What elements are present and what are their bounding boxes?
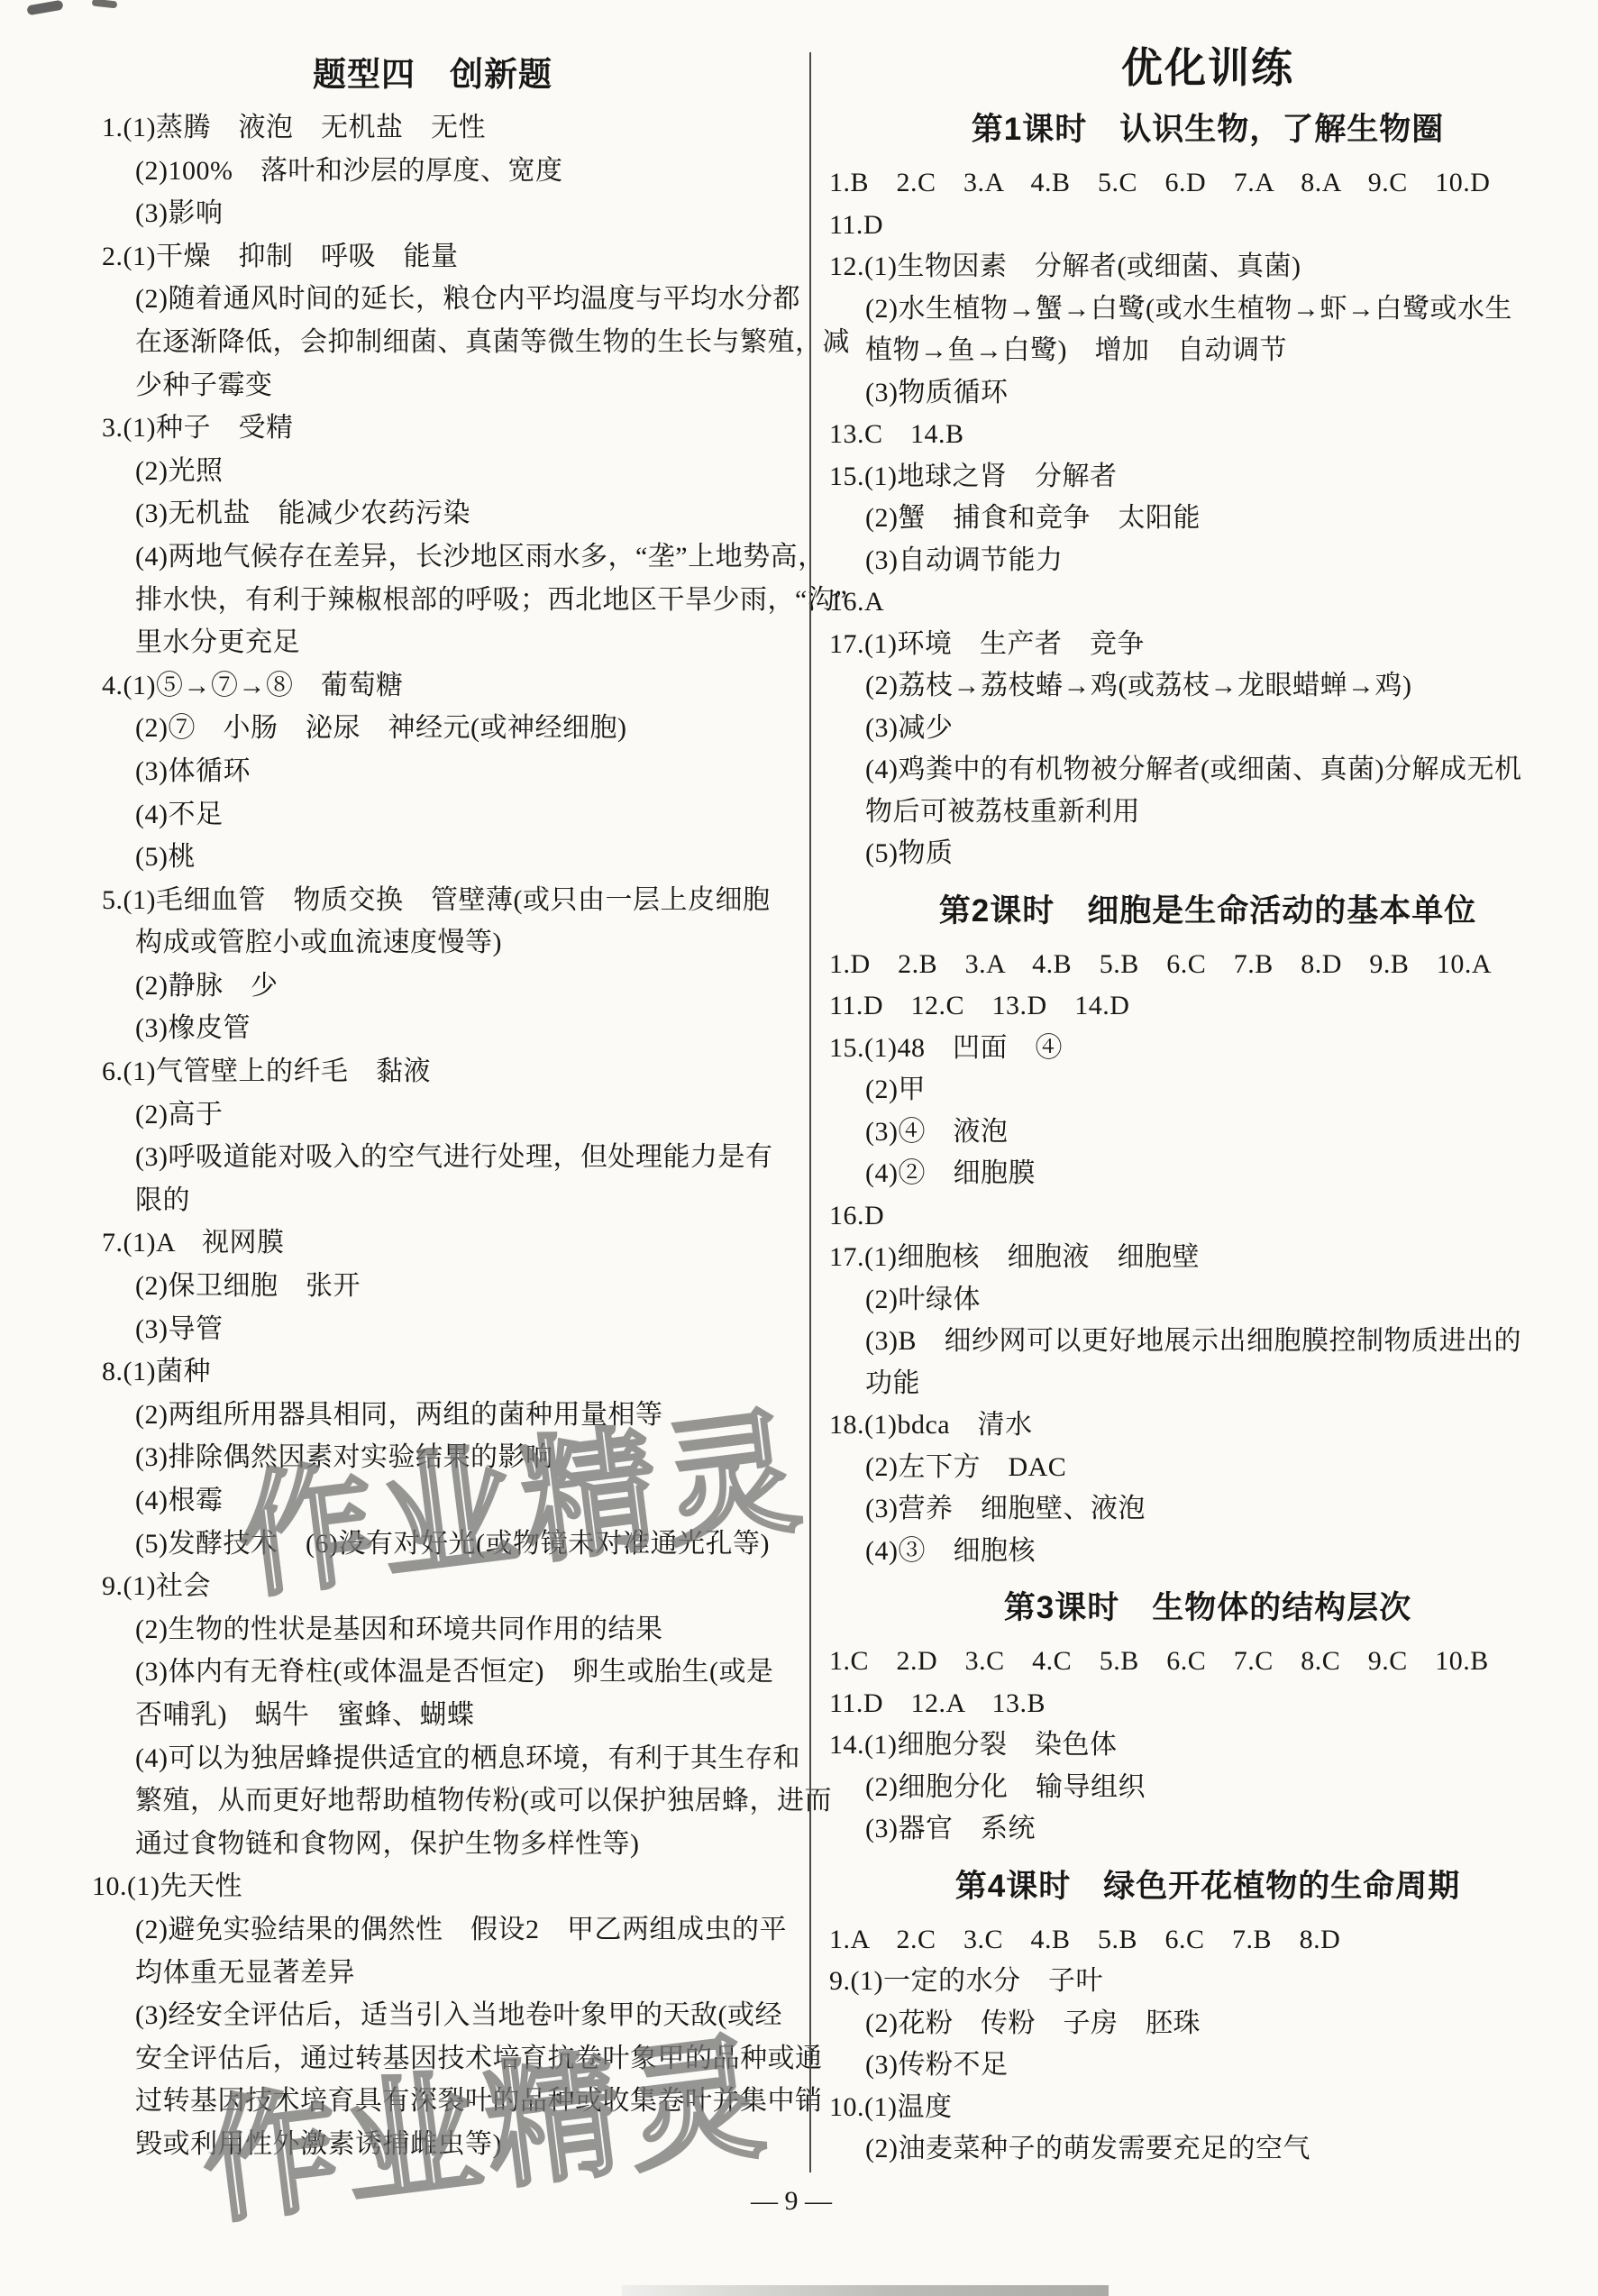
answer-line: 1.(1)蒸腾 液泡 无机盐 无性 — [72, 106, 793, 150]
section-heading: 第2课时 细胞是生命活动的基本单位 — [829, 888, 1586, 935]
answer-line: (4)③ 细胞核 — [829, 1531, 1586, 1573]
answer-line: (4)两地气候存在差异，长沙地区雨水多，“垄”上地势高， — [72, 535, 793, 579]
answer-line: 9.(1)社会 — [72, 1565, 793, 1608]
answer-line: 18.(1)bdca 清水 — [829, 1404, 1586, 1447]
answer-line: (3)影响 — [72, 192, 793, 235]
answer-line: (4)② 细胞膜 — [829, 1153, 1586, 1195]
answer-line: (2)静脉 少 — [72, 965, 793, 1008]
answer-line: 10.(1)先天性 — [72, 1865, 793, 1908]
answer-line: (2)油麦菜种子的萌发需要充足的空气 — [829, 2128, 1586, 2171]
answer-line: 17.(1)细胞核 细胞液 细胞壁 — [829, 1237, 1586, 1279]
answer-line: 1.A 2.C 3.C 4.B 5.B 6.C 7.B 8.D — [829, 1919, 1586, 1962]
answer-line: 16.A — [829, 581, 1586, 624]
left-column: 题型四 创新题 1.(1)蒸腾 液泡 无机盐 无性(2)100% 落叶和沙层的厚… — [72, 52, 793, 2166]
answer-line: (2)蟹 捕食和竞争 太阳能 — [829, 498, 1586, 540]
answer-line: (2)⑦ 小肠 泌尿 神经元(或神经细胞) — [72, 707, 793, 750]
answer-line: 15.(1)地球之肾 分解者 — [829, 456, 1586, 499]
answer-line: (3)自动调节能力 — [829, 540, 1586, 582]
answer-line: 物后可被荔枝重新利用 — [829, 791, 1586, 834]
answer-line: (3)无机盐 能减少农药污染 — [72, 492, 793, 535]
answer-line: 安全评估后，通过转基因技术培育抗卷叶象甲的品种或通 — [72, 2037, 793, 2081]
answer-line: 2.(1)干燥 抑制 呼吸 能量 — [72, 235, 793, 279]
answer-line: (5)物质 — [829, 833, 1586, 875]
answer-line: (2)细胞分化 输导组织 — [829, 1767, 1586, 1809]
main-title: 优化训练 — [829, 41, 1586, 94]
answer-line: 排水快，有利于辣椒根部的呼吸；西北地区干旱少雨，“沟” — [72, 579, 793, 622]
answer-line: (2)避免实验结果的偶然性 假设2 甲乙两组成虫的平 — [72, 1908, 793, 1952]
answer-line: (2)随着通风时间的延长，粮仓内平均温度与平均水分都 — [72, 278, 793, 321]
answer-line: (3)体内有无脊柱(或体温是否恒定) 卵生或胎生(或是 — [72, 1651, 793, 1694]
answer-line: 繁殖，从而更好地帮助植物传粉(或可以保护独居蜂，进而 — [72, 1779, 793, 1823]
answer-line: (3)橡皮管 — [72, 1007, 793, 1050]
answer-line: (3)物质循环 — [829, 372, 1586, 415]
right-column-sections: 第1课时 认识生物，了解生物圈1.B 2.C 3.A 4.B 5.C 6.D 7… — [829, 106, 1586, 2171]
answer-line: (2)左下方 DAC — [829, 1447, 1586, 1489]
section-heading: 第1课时 认识生物，了解生物圈 — [829, 106, 1586, 153]
answer-line: 11.D 12.A 13.B — [829, 1683, 1586, 1725]
answer-line: 1.B 2.C 3.A 4.B 5.C 6.D 7.A 8.A 9.C 10.D — [829, 162, 1586, 205]
answer-line: 11.D 12.C 13.D 14.D — [829, 985, 1586, 1028]
answer-line: 构成或管腔小或血流速度慢等) — [72, 921, 793, 965]
scan-artifact-speck — [92, 0, 118, 8]
answer-line: 13.C 14.B — [829, 414, 1586, 456]
answer-line: 15.(1)48 凹面 ④ — [829, 1028, 1586, 1070]
answer-line: 5.(1)毛细血管 物质交换 管壁薄(或只由一层上皮细胞 — [72, 879, 793, 922]
answer-line: 植物→鱼→白鹭) 增加 自动调节 — [829, 330, 1586, 372]
answer-line: 8.(1)菌种 — [72, 1350, 793, 1394]
answer-line: (2)保卫细胞 张开 — [72, 1265, 793, 1308]
page-number: — 9 — — [710, 2185, 872, 2218]
answer-line: (4)根霉 — [72, 1479, 793, 1523]
answer-line: 1.D 2.B 3.A 4.B 5.B 6.C 7.B 8.D 9.B 10.A — [829, 944, 1586, 986]
answer-line: (2)甲 — [829, 1069, 1586, 1111]
answer-line: (4)鸡粪中的有机物被分解者(或细菌、真菌)分解成无机 — [829, 749, 1586, 791]
answer-line: 12.(1)生物因素 分解者(或细菌、真菌) — [829, 246, 1586, 288]
answer-line: (2)叶绿体 — [829, 1279, 1586, 1322]
answer-line: (3)④ 液泡 — [829, 1111, 1586, 1154]
answer-line: 4.(1)⑤→⑦→⑧ 葡萄糖 — [72, 664, 793, 708]
answer-line: 在逐渐降低，会抑制细菌、真菌等微生物的生长与繁殖，减 — [72, 321, 793, 364]
answer-line: (3)排除偶然因素对实验结果的影响 — [72, 1436, 793, 1479]
answer-line: 11.D — [829, 205, 1586, 247]
answer-line: (2)高于 — [72, 1093, 793, 1137]
answer-line: (3)器官 系统 — [829, 1808, 1586, 1851]
section-heading: 第3课时 生物体的结构层次 — [829, 1585, 1586, 1632]
answer-line: (3)减少 — [829, 708, 1586, 750]
answer-line: 3.(1)种子 受精 — [72, 407, 793, 450]
answer-line: 9.(1)一定的水分 子叶 — [829, 1961, 1586, 2003]
answer-line: 17.(1)环境 生产者 竞争 — [829, 624, 1586, 666]
answer-line: 6.(1)气管壁上的纤毛 黏液 — [72, 1050, 793, 1093]
answer-line: 14.(1)细胞分裂 染色体 — [829, 1724, 1586, 1767]
answer-line: (3)营养 细胞壁、液泡 — [829, 1488, 1586, 1531]
answer-line: (4)可以为独居蜂提供适宜的栖息环境，有利于其生存和 — [72, 1737, 793, 1780]
answer-line: 过转基因技术培育具有深裂叶的品种或收集卷叶并集中销 — [72, 2080, 793, 2123]
answer-line: 里水分更充足 — [72, 621, 793, 664]
answer-line: 少种子霉变 — [72, 364, 793, 407]
left-column-answers: 1.(1)蒸腾 液泡 无机盐 无性(2)100% 落叶和沙层的厚度、宽度(3)影… — [72, 106, 793, 2166]
answer-line: (2)100% 落叶和沙层的厚度、宽度 — [72, 150, 793, 193]
answer-line: (2)荔枝→荔枝蝽→鸡(或荔枝→龙眼蜡蝉→鸡) — [829, 665, 1586, 708]
answer-line: 限的 — [72, 1179, 793, 1222]
answer-line: (4)不足 — [72, 793, 793, 837]
answer-line: (2)光照 — [72, 450, 793, 493]
answer-line: (2)花粉 传粉 子房 胚珠 — [829, 2003, 1586, 2045]
left-column-title: 题型四 创新题 — [72, 52, 793, 97]
answer-line: 均体重无显著差异 — [72, 1952, 793, 1995]
answer-line: (3)经安全评估后，适当引入当地卷叶象甲的天敌(或经 — [72, 1994, 793, 2037]
answer-line: (3)传粉不足 — [829, 2044, 1586, 2087]
answer-line: 1.C 2.D 3.C 4.C 5.B 6.C 7.C 8.C 9.C 10.B — [829, 1641, 1586, 1683]
answer-line: 毁或利用性外激素诱捕雌虫等) — [72, 2123, 793, 2166]
column-divider-line — [809, 52, 811, 2173]
answer-line: (3)B 细纱网可以更好地展示出细胞膜控制物质进出的 — [829, 1321, 1586, 1363]
answer-line: (2)两组所用器具相同，两组的菌种用量相等 — [72, 1394, 793, 1437]
answer-line: (2)生物的性状是基因和环境共同作用的结果 — [72, 1608, 793, 1651]
answer-key-page: 题型四 创新题 1.(1)蒸腾 液泡 无机盐 无性(2)100% 落叶和沙层的厚… — [0, 0, 1598, 2296]
answer-line: (3)体循环 — [72, 750, 793, 793]
answer-line: 16.D — [829, 1195, 1586, 1238]
scan-artifact-speck — [26, 0, 63, 15]
answer-line: (2)水生植物→蟹→白鹭(或水生植物→虾→白鹭或水生 — [829, 288, 1586, 331]
answer-line: (3)呼吸道能对吸入的空气进行处理，但处理能力是有 — [72, 1136, 793, 1179]
answer-line: 7.(1)A 视网膜 — [72, 1221, 793, 1265]
answer-line: (5)桃 — [72, 836, 793, 879]
answer-line: 通过食物链和食物网，保护生物多样性等) — [72, 1823, 793, 1866]
answer-line: (3)导管 — [72, 1308, 793, 1351]
scan-edge-shadow — [622, 2285, 1109, 2296]
answer-line: 功能 — [829, 1363, 1586, 1405]
answer-line: 否哺乳) 蜗牛 蜜蜂、蝴蝶 — [72, 1694, 793, 1737]
answer-line: 10.(1)温度 — [829, 2087, 1586, 2129]
section-heading: 第4课时 绿色开花植物的生命周期 — [829, 1863, 1586, 1910]
answer-line: (5)发酵技术 (6)没有对好光(或物镜未对准通光孔等) — [72, 1523, 793, 1566]
right-column: 优化训练 第1课时 认识生物，了解生物圈1.B 2.C 3.A 4.B 5.C … — [829, 41, 1586, 2171]
